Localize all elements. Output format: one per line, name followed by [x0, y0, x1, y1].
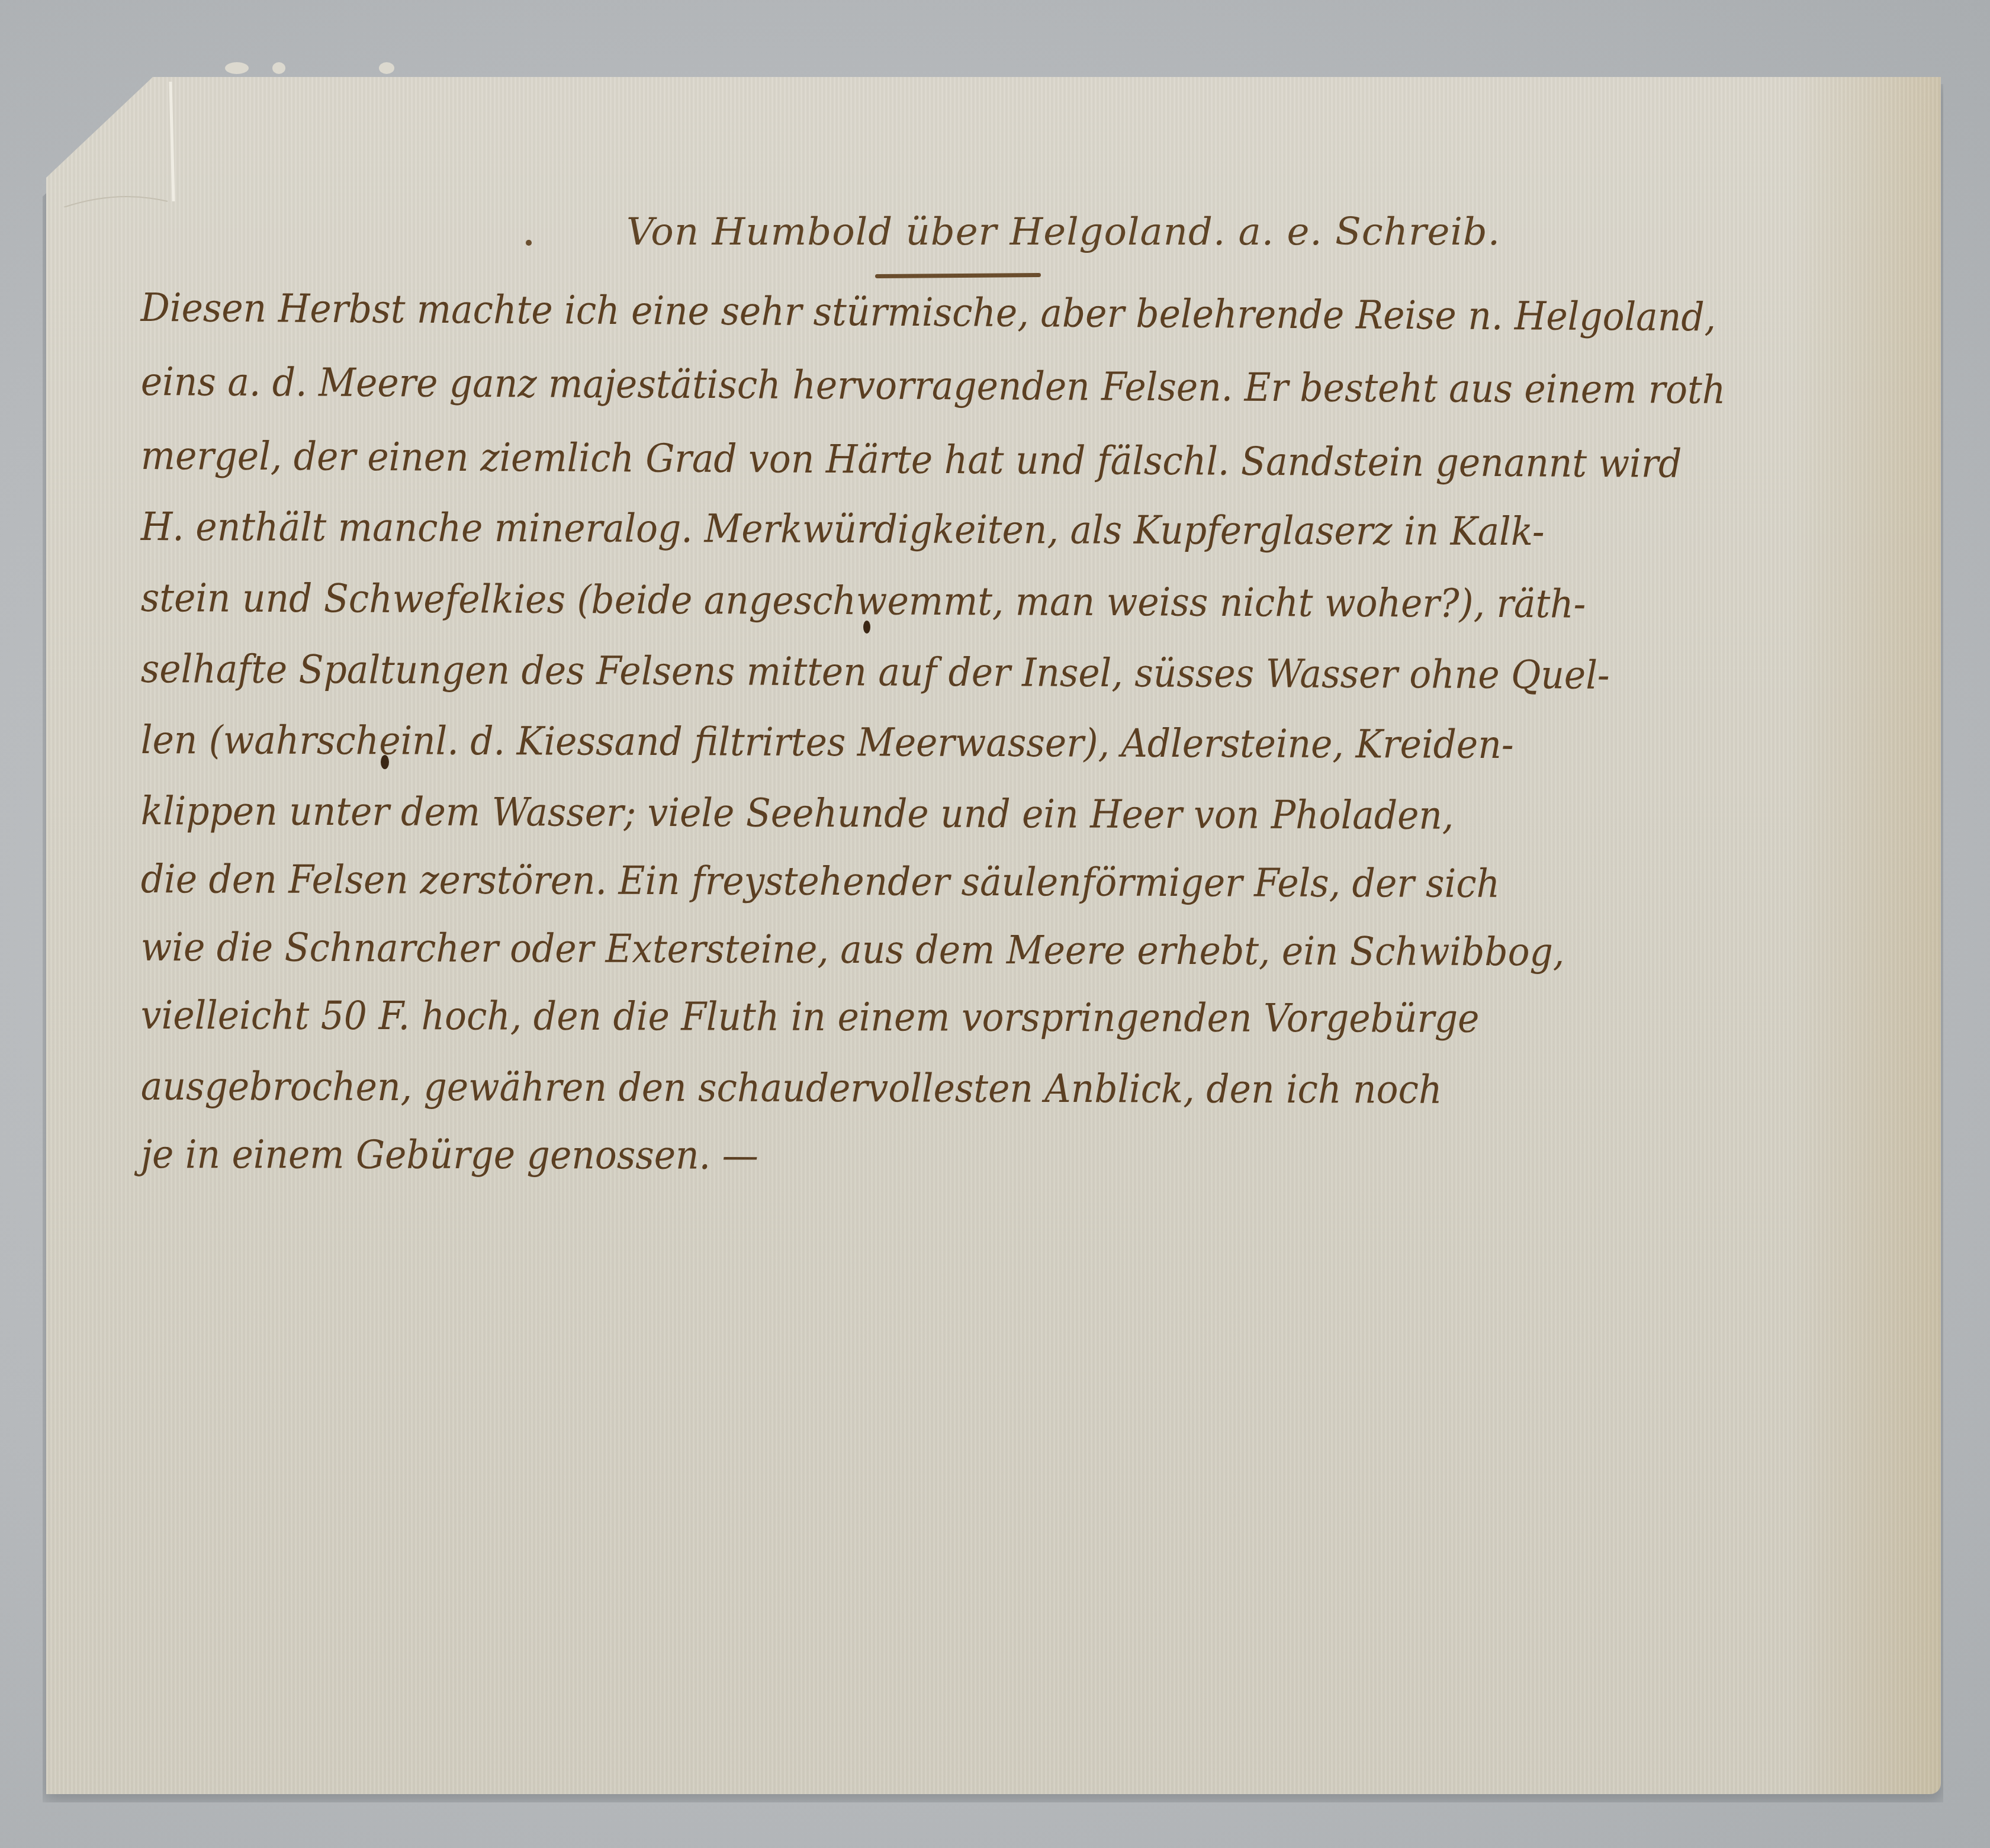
text-line-5: stein und Schwefelkies (beide angeschwem… [141, 574, 1820, 581]
manuscript-title: Von Humbold über Helgoland. a. e. Schrei… [626, 210, 1500, 254]
ink-blot [381, 755, 389, 769]
text-line-10: wie die Schnarcher oder Extersteine, aus… [141, 924, 1820, 930]
text-line-3: mergel, der einen ziemlich Grad von Härt… [141, 432, 1820, 441]
text-line-11: vielleicht 50 F. hoch, den die Fluth in … [141, 992, 1820, 996]
text-line-8: klippen unter dem Wasser; viele Seehunde… [141, 788, 1820, 793]
text-line-13: je in einem Gebürge genossen. — [141, 1131, 1820, 1134]
text-line-1: Diesen Herbst machte ich eine sehr stürm… [141, 284, 1820, 294]
deckle-edge-fiber [225, 62, 249, 74]
deckle-edge-fiber [272, 62, 285, 74]
deckle-edge-fiber [379, 62, 394, 74]
text-line-7: len (wahrscheinl. d. Kiessand filtrirtes… [141, 716, 1820, 722]
ink-dot [526, 240, 532, 246]
manuscript-sheet: Von Humbold über Helgoland. a. e. Schrei… [46, 77, 1941, 1794]
text-line-12: ausgebrochen, gewähren den schaudervolle… [141, 1063, 1820, 1067]
text-line-4: H. enthält manche mineralog. Merkwürdigk… [141, 503, 1820, 509]
ink-blot [863, 621, 870, 634]
text-line-6: selhafte Spaltungen des Felsens mitten a… [141, 645, 1820, 653]
title-underline [875, 273, 1041, 278]
text-line-9: die den Felsen zerstören. Ein freystehen… [141, 856, 1820, 862]
text-line-2: eins a. d. Meere ganz majestätisch hervo… [141, 358, 1820, 367]
